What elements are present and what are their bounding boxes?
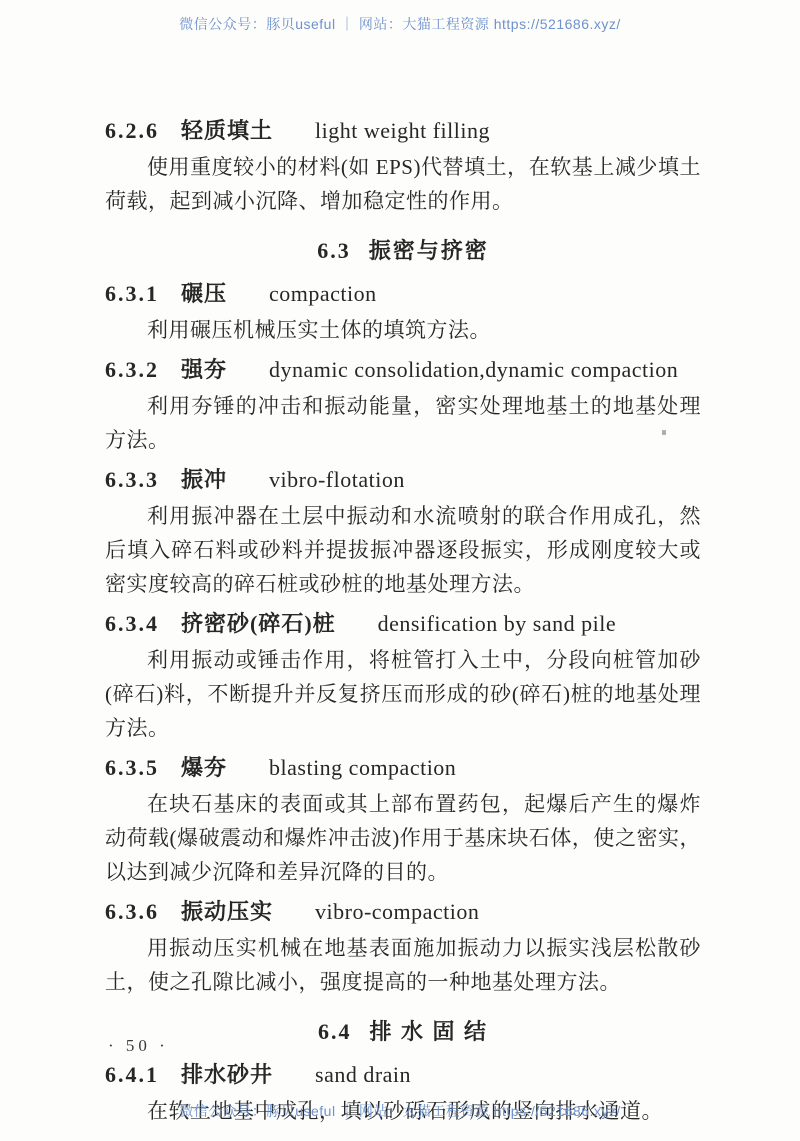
term-entry-6-4-1: 6.4.1排水砂井sand drain [105, 1058, 701, 1092]
term-number: 6.3.4 [105, 611, 159, 636]
definition-paragraph: 使用重度较小的材料(如 EPS)代替填土，在软基上减少填土荷载，起到减小沉降、增… [105, 150, 701, 218]
term-number: 6.2.6 [105, 118, 159, 143]
term-chinese: 轻质填土 [181, 118, 273, 143]
definition-paragraph: 在块石基床的表面或其上部布置药包，起爆后产生的爆炸动荷载(爆破震动和爆炸冲击波)… [105, 787, 701, 889]
term-number: 6.3.6 [105, 899, 159, 924]
section-number: 6.4 [318, 1019, 352, 1044]
definition-paragraph: 利用碾压机械压实土体的填筑方法。 [105, 313, 701, 347]
term-english: compaction [269, 281, 377, 306]
term-english: vibro-compaction [315, 899, 479, 924]
page-number: · 50 · [108, 1036, 169, 1056]
term-chinese: 强夯 [181, 357, 227, 382]
definition-paragraph: 利用振冲器在土层中振动和水流喷射的联合作用成孔，然后填入碎石料或砂料并提拔振冲器… [105, 499, 701, 601]
section-heading-6-4: 6.4排 水 固 结 [105, 1015, 701, 1046]
term-chinese: 挤密砂(碎石)桩 [181, 611, 336, 636]
definition-paragraph: 利用振动或锤击作用，将桩管打入土中，分段向桩管加砂(碎石)料，不断提升并反复挤压… [105, 643, 701, 745]
term-number: 6.3.5 [105, 755, 159, 780]
document-body: 6.2.6轻质填土light weight filling 使用重度较小的材料(… [105, 108, 701, 1130]
definition-paragraph: 利用夯锤的冲击和振动能量，密实处理地基土的地基处理方法。 [105, 389, 701, 457]
term-entry-6-3-5: 6.3.5爆夯blasting compaction [105, 751, 701, 785]
term-chinese: 碾压 [181, 281, 227, 306]
term-english: light weight filling [315, 118, 490, 143]
term-chinese: 爆夯 [181, 755, 227, 780]
section-number: 6.3 [317, 238, 351, 263]
section-heading-6-3: 6.3振密与挤密 [105, 234, 701, 265]
term-english: dynamic consolidation,dynamic compaction [269, 357, 678, 382]
term-number: 6.3.3 [105, 467, 159, 492]
term-number: 6.3.2 [105, 357, 159, 382]
term-entry-6-3-1: 6.3.1碾压compaction [105, 277, 701, 311]
term-entry-6-3-3: 6.3.3振冲vibro-flotation [105, 463, 701, 497]
section-title: 排 水 固 结 [369, 1019, 488, 1044]
term-number: 6.3.1 [105, 281, 159, 306]
term-english: sand drain [315, 1062, 411, 1087]
term-chinese: 排水砂井 [181, 1062, 273, 1087]
watermark-top: 微信公众号：豚贝useful ｜ 网站：大猫工程资源 https://52168… [0, 14, 800, 34]
term-number: 6.4.1 [105, 1062, 159, 1087]
term-entry-6-3-2: 6.3.2强夯dynamic consolidation,dynamic com… [105, 353, 701, 387]
definition-paragraph: 用振动压实机械在地基表面施加振动力以振实浅层松散砂土，使之孔隙比减小，强度提高的… [105, 931, 701, 999]
section-title: 振密与挤密 [369, 238, 489, 263]
scan-artifact [662, 430, 666, 435]
watermark-bottom: 微信公众号：豚贝useful ｜ 网站：大猫工程资源 https://52168… [0, 1101, 800, 1121]
term-chinese: 振动压实 [181, 899, 273, 924]
term-english: blasting compaction [269, 755, 456, 780]
term-entry-6-3-4: 6.3.4挤密砂(碎石)桩densification by sand pile [105, 607, 701, 641]
term-english: densification by sand pile [378, 611, 616, 636]
term-chinese: 振冲 [181, 467, 227, 492]
term-english: vibro-flotation [269, 467, 405, 492]
term-entry-6-3-6: 6.3.6振动压实vibro-compaction [105, 895, 701, 929]
term-entry-6-2-6: 6.2.6轻质填土light weight filling [105, 114, 701, 148]
